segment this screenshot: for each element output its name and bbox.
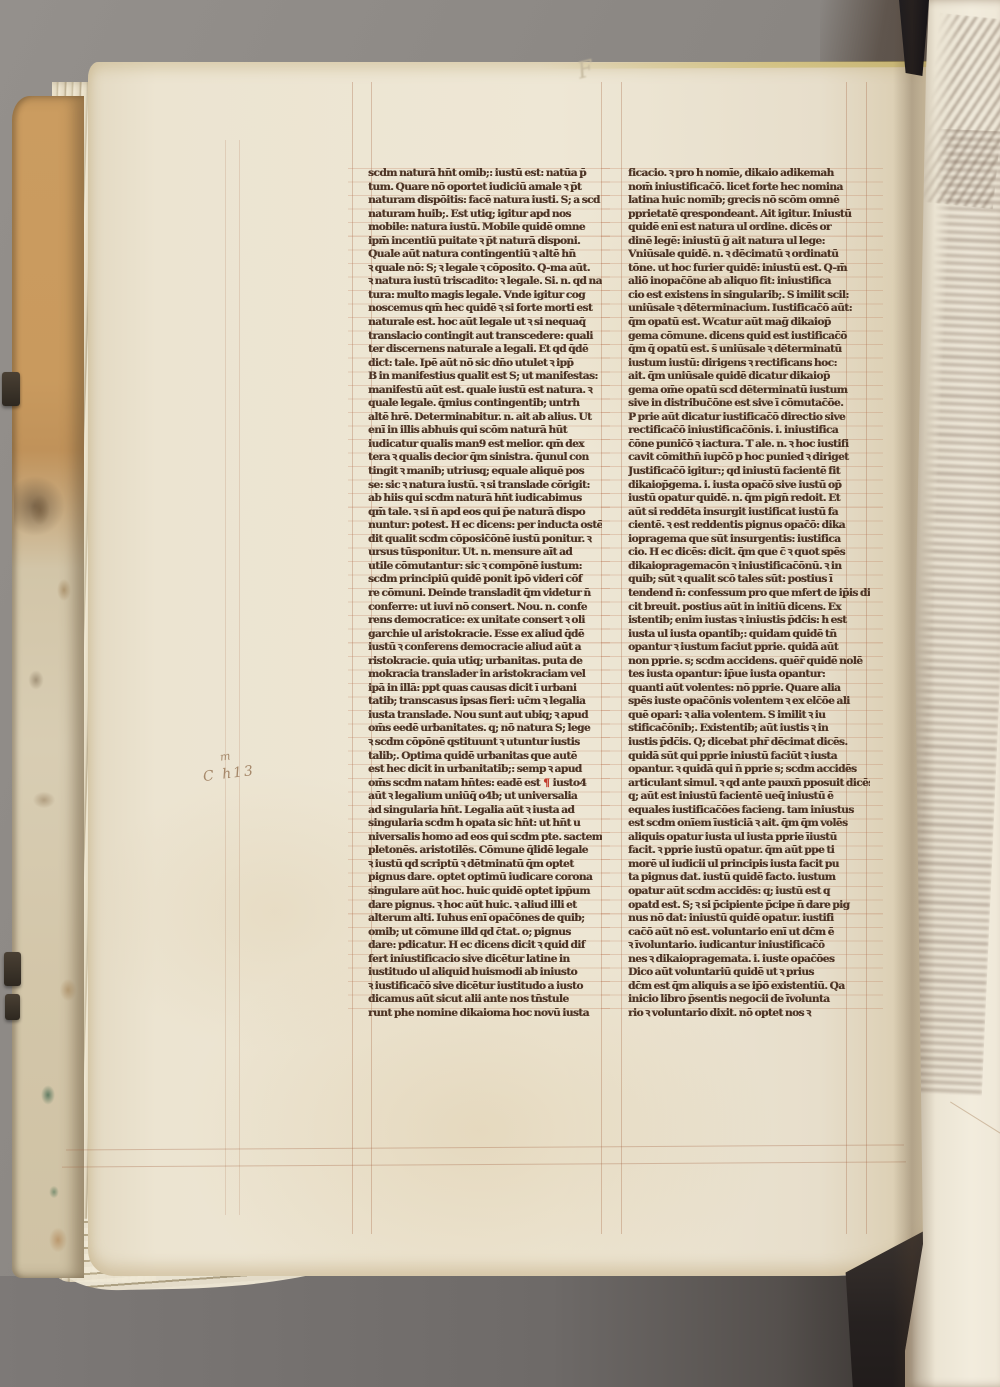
manuscript-text-line: dicamus aūt sicut alii ante nos tn̄stule — [368, 993, 602, 1007]
manuscript-text-line: tum. Quare nō oportet iudiciū amale ꝛ p̄… — [368, 181, 602, 195]
manuscript-text-line: tura: multo magis legale. Vnde igitur co… — [368, 289, 602, 303]
manuscript-text-line: P prie aūt dicatur iustificac̄ō directio… — [628, 411, 870, 425]
manuscript-text-line: dikaiop̄gema. i. iusta opac̄ō sive iustū… — [628, 479, 870, 493]
manuscript-text-line: ait. q̄m uniūsale quidē dicatur dikaiop̄ — [628, 370, 870, 384]
manuscript-text-line: quib; sūt ꝛ qualit̄ scō tales sūt: posti… — [628, 573, 870, 587]
manuscript-text-line: iustitudo ul aliquid huismodi ab iniusto — [368, 966, 602, 980]
manuscript-text-line: sive in distribuc̄ōne est sive ī cōmutac… — [628, 397, 870, 411]
manuscript-text-line: aūt si reddēta insurgit iustificat iustū… — [628, 506, 870, 520]
margin-ruling-vertical — [225, 140, 226, 1215]
manuscript-text-line: cit breuit̄. postius aūt in initiū dicen… — [628, 601, 870, 615]
manuscript-text-line: iustum iustū: dirigens ꝛ rectificans hoc… — [628, 357, 870, 371]
manuscript-text-line: tōne. ut hoc furier quidē: iniustū est. … — [628, 262, 870, 276]
manuscript-text-line: uniūsale ꝛ dēterminacium. Iustificac̄ō a… — [628, 302, 870, 316]
manuscript-text-line: noscemus qm̄ hec quidē ꝛ si forte morti … — [368, 302, 602, 316]
manuscript-text-line: rens democratice: ex unitate consert ꝛ o… — [368, 614, 602, 628]
manuscript-text-line: ipā in illā: ppt̄ quas causas dicit ī ur… — [368, 682, 602, 696]
manuscript-text-line: rio ꝛ voluntario dixit. nō optet nos ꝛ — [628, 1007, 870, 1021]
manuscript-text-line: Quale aūt natura contingentiū ꝛ altē hn̄ — [368, 248, 602, 262]
manuscript-text-line: conferre: ut iuvi nō consert. Nou. n. co… — [368, 601, 602, 615]
manuscript-text-line: naturam huib;. Est utiq; igitur apd nos — [368, 208, 602, 222]
manuscript-text-line: runt phe nomine dikaioma hoc novū iusta — [368, 1007, 602, 1021]
manuscript-text-line: om̄s eedē urbanitates. q; nō natura S; l… — [368, 722, 602, 736]
manuscript-text-line: iustis p̄d̄c̄is. Q; dicebat phr̄ dēcimat… — [628, 736, 870, 750]
manuscript-text-line: re cōmuni. Deinde transladit q̄m videtur… — [368, 587, 602, 601]
manuscript-text-line: nom̄ iniustificac̄ō. licet forte hec nom… — [628, 181, 870, 195]
manuscript-text-line: dc̄m est q̄m aliquis a se ip̄ō existenti… — [628, 980, 870, 994]
manuscript-text-line: alterum alt̄i. Iuhus enī opac̄ōnes de qu… — [368, 912, 602, 926]
manuscript-text-line: pletonēs. aristotilēs. Cōmune q̄lidē leg… — [368, 844, 602, 858]
manuscript-text-line: aūt ꝛ legalium uniūq̄ o4b; ut universali… — [368, 790, 602, 804]
manuscript-text-line: tatib; transcasus ipsas fieri: uc̄m ꝛ le… — [368, 695, 602, 709]
manuscript-text-line: equales iustificac̄ōes facieng. tam iniu… — [628, 804, 870, 818]
manuscript-text-line: om̄s scdm nat̄am hn̄tes: eadē est ¶ iust… — [368, 777, 602, 791]
manuscript-text-line: ficacio. ꝛ pro h nomīe, dikaio adikemah — [628, 167, 870, 181]
manuscript-text-line: opantur ꝛ iustum faciut pprie. quidā aūt — [628, 641, 870, 655]
manuscript-text-line: ta pignus dat. iustū quidē facto. iustum — [628, 871, 870, 885]
manuscript-text-line: gema cōmune. dicens quid est iustificac̄… — [628, 330, 870, 344]
book-clasp — [5, 994, 20, 1020]
manuscript-text-line: utile cōmutantur: sic ꝛ compōnē iustum: — [368, 560, 602, 574]
manuscript-text-line: pprietatē qrespondeant. Ait igitur. Iniu… — [628, 208, 870, 222]
margin-quire-mark-top: m — [219, 749, 231, 763]
manuscript-text-line: tendend n̄: confessum pro que mfert de i… — [628, 587, 870, 601]
manuscript-text-line: opatd est. S; ꝛ si p̄cipiente p̄cipe n̄ … — [628, 899, 870, 913]
manuscript-text-line: opatur aūt scdm accidēs: q; iustū est q — [628, 885, 870, 899]
manuscript-text-line: ipm̄ incentiū puitate ꝛ p̄t naturā dispo… — [368, 235, 602, 249]
manuscript-text-line: iustū opatur quidē. n. q̄m pign̄ redoit.… — [628, 492, 870, 506]
manuscript-text-line: ꝛ iustū qd scriptū ꝛ dētminatū q̄m optet — [368, 858, 602, 872]
manuscript-text-line: se: sic ꝛ natura iustū. ꝛ si translade c… — [368, 479, 602, 493]
manuscript-text-line: tes iusta opantur: ip̄ue iusta opantur: — [628, 668, 870, 682]
manuscript-text-line: articulant simul. ꝛ qd ante pauxn̄ pposu… — [628, 777, 870, 791]
book-clasp — [2, 372, 20, 406]
manuscript-text-line: spēs iuste opac̄ōnis volentem ꝛ ex elc̄ō… — [628, 695, 870, 709]
manuscript-text-line: istentib; enim iustas ꝛ iniustis p̄d̄c̄i… — [628, 614, 870, 628]
manuscript-text-line: garchie ul aristokracie. Esse ex aliud q… — [368, 628, 602, 642]
spine-wear-patch — [14, 470, 84, 560]
manuscript-text-line: ab hiis qui scdm naturā hn̄t iudicabimus — [368, 492, 602, 506]
text-column-left: scdm naturā hn̄t omib;: iustū est: natūa… — [368, 167, 602, 1020]
manuscript-text-line: ꝛ scdm cōpōnē qstituunt ꝛ utuntur iustis — [368, 736, 602, 750]
manuscript-text-line: aliquis opatur iusta ul iusta pprie īius… — [628, 831, 870, 845]
manuscript-text-line: dare: pdicatur. H ec dicens dicit ꝛ quid… — [368, 939, 602, 953]
manuscript-text-line: tingit ꝛ manib; utriusq; equale aliquē p… — [368, 465, 602, 479]
facing-page-ruling-line — [950, 1102, 1000, 1140]
manuscript-text-line: rectificac̄ō iniustificac̄ōnis. i. inius… — [628, 424, 870, 438]
manuscript-text-line: q̄m q̄ opatū est. s̄ uniūsale ꝛ dētermin… — [628, 343, 870, 357]
manuscript-text-line: manifestū aūt est. quale iustū est natur… — [368, 384, 602, 398]
manuscript-text-line: ursus tūsponitur. Ut. n. mensure aīt ad — [368, 546, 602, 560]
manuscript-text-line: qm̄ tale. ꝛ si n̄ apd eos qui p̄e naturā… — [368, 506, 602, 520]
manuscript-text-line: talib;. Optima quidē urbanitas que autē — [368, 750, 602, 764]
manuscript-text-line: naturam dispōitis: facē natura iusti. S;… — [368, 194, 602, 208]
manuscript-text-line: aliō inopac̄ōne ab aliquo fit: iniustifi… — [628, 275, 870, 289]
manuscript-text-line: ꝛ natura iustū triscadito: ꝛ legale. Si.… — [368, 275, 602, 289]
manuscript-text-line: q; aūt est iniustū facientē ueq̄ iniustū… — [628, 790, 870, 804]
manuscript-text-line: enī in illis abhuis qui scōm naturā hūt — [368, 424, 602, 438]
manuscript-text-line: singulare aūt hoc. huic quidē optet ipp̄… — [368, 885, 602, 899]
manuscript-text-line: quidā sūt qui pprie iniustū faciūt ꝛ ius… — [628, 750, 870, 764]
manuscript-text-line: mokracia translader in aristokraciam vel — [368, 668, 602, 682]
manuscript-text-line: est hec dicit in urbanitatib;: semp ꝛ ap… — [368, 763, 602, 777]
manuscript-text-line: translacio contingit aut transcedere: qu… — [368, 330, 602, 344]
manuscript-text-line: cio est existens in singularib;. S imili… — [628, 289, 870, 303]
manuscript-text-line: ꝛ īvoluntario. iudicantur iniustificac̄ō — [628, 939, 870, 953]
manuscript-text-line: dinē legē: iniustū ḡ ait natura ul lege: — [628, 235, 870, 249]
manuscript-text-line: omib; ut cōmune illd qd c̄tat. o; pignus — [368, 926, 602, 940]
manuscript-text-line: dikaiopragemacōn ꝛ iniustificac̄ōnū. ꝛ i… — [628, 560, 870, 574]
manuscript-text-line: fert iniustificacio sive dicētur latine … — [368, 953, 602, 967]
manuscript-text-line: stificac̄ōnib;. Existentib; aūt iustis ꝛ… — [628, 722, 870, 736]
manuscript-photo: { "document": { "description": "Medieval… — [0, 0, 1000, 1387]
manuscript-text-line: singularia scdm h opata sic hn̄t: ut hn̄… — [368, 817, 602, 831]
manuscript-text-line: ristokracie. quia utiq; urbanitas. puta … — [368, 655, 602, 669]
manuscript-text-line: gema om̄e opatū scd dēterminatū iustum — [628, 384, 870, 398]
manuscript-text-line: naturale est. hoc aūt legale ut ꝛ si neq… — [368, 316, 602, 330]
manuscript-text-line: iusta ul iusta opantib;: quidam quidē tn… — [628, 628, 870, 642]
manuscript-text-line: morē ul iudicii ul principis iusta facit… — [628, 858, 870, 872]
manuscript-text-line: scdm principiū quidē ponit̄ ipō videri c… — [368, 573, 602, 587]
manuscript-text-line: nuntur: potest. H ec dicens: per inducta… — [368, 519, 602, 533]
manuscript-text-line: ꝛ quale nō: S; ꝛ legale ꝛ cōposito. Q-ma… — [368, 262, 602, 276]
manuscript-text-line: cio. H ec dicēs: dicit. q̄m que c̄ ꝛ quo… — [628, 546, 870, 560]
manuscript-text-line: quē opari: ꝛ alia volentem. S imilit̄ ꝛ … — [628, 709, 870, 723]
book-clasp — [4, 952, 21, 986]
manuscript-text-line: cac̄ō aūt nō est. voluntario enī ut dc̄m… — [628, 926, 870, 940]
manuscript-text-line: inicio libro p̄sentis negocii de īvolunt… — [628, 993, 870, 1007]
margin-ruling-vertical — [239, 140, 240, 1215]
manuscript-text-line: iustū ꝛ conferens democracie aliud aūt a — [368, 641, 602, 655]
manuscript-text-line: B in manifestius qualit̄ est S; ut manif… — [368, 370, 602, 384]
manuscript-text-line: quanti aūt volentes: nō pprie. Quare ali… — [628, 682, 870, 696]
manuscript-text-line: pignus dare. optet optimū iudicare coron… — [368, 871, 602, 885]
book-spine — [12, 96, 84, 1278]
manuscript-text-line: altē hrē. Determinabitur. n. ait ab aliu… — [368, 411, 602, 425]
manuscript-text-line: Justificac̄ō igitur:; qd iniustū facient… — [628, 465, 870, 479]
manuscript-text-line: mobile: natura iustū. Mobile quidē omne — [368, 221, 602, 235]
manuscript-text-line: c̄ōne punic̄ō ꝛ iactura. T ale. n. ꝛ hoc… — [628, 438, 870, 452]
manuscript-text-line: dit qualit̄ scdm cōposic̄ōnē iustū ponit… — [368, 533, 602, 547]
manuscript-text-line: est scdm onīem īusticiā ꝛ ait. q̄m q̄m v… — [628, 817, 870, 831]
manuscript-text-line: ad singularia hn̄t. Legalia aūt ꝛ iusta … — [368, 804, 602, 818]
manuscript-text-line: niversalis homo ad eos qui scdm pte. sac… — [368, 831, 602, 845]
manuscript-text-line: opantur. ꝛ quidā qui n̄ pprie s; scdm ac… — [628, 763, 870, 777]
manuscript-text-line: nes ꝛ dikaiopragemata. i. iuste opac̄ōes — [628, 953, 870, 967]
manuscript-text-line: dict̄: tale. Ipē aūt nō sic dn̄o utulet … — [368, 357, 602, 371]
manuscript-text-line: nus nō dat: iniustū quidē opatur. iustif… — [628, 912, 870, 926]
manuscript-text-line: cavit cōmithn̄ iupc̄ō p hoc punied ꝛ dir… — [628, 451, 870, 465]
text-column-right: ficacio. ꝛ pro h nomīe, dikaio adikemahn… — [628, 167, 870, 1020]
manuscript-text-line: ꝛ iustificac̄ō sive dicētur iustitudo a … — [368, 980, 602, 994]
manuscript-text-line: quale legale. q̄mius contingentib; untrh… — [368, 397, 602, 411]
manuscript-text-line: Vniūsale quidē. n. ꝛ dēcimatū ꝛ ordinatū — [628, 248, 870, 262]
manuscript-text-line: scdm naturā hn̄t omib;: iustū est: natūa… — [368, 167, 602, 181]
manuscript-text-line: iopragema que sūt insurgentis: iustifica — [628, 533, 870, 547]
manuscript-text-line: quidē enī est natura ul ordine. dicēs or — [628, 221, 870, 235]
manuscript-text-line: dare pignus. ꝛ hoc aūt huic. ꝛ aliud ill… — [368, 899, 602, 913]
manuscript-text-line: Dico aūt voluntariū quidē ut ꝛ prius — [628, 966, 870, 980]
manuscript-text-line: non pprie. s; scdm accidens. quēr̄ quidē… — [628, 655, 870, 669]
manuscript-text-line: ter discernens naturale a legali. Et qd … — [368, 343, 602, 357]
manuscript-text-line: iudicatur qualis man9 est melior. qm̄ de… — [368, 438, 602, 452]
manuscript-text-line: q̄m opatū est. Wcatur aūt maḡ dikaiop̄ — [628, 316, 870, 330]
manuscript-text-line: tera ꝛ qualis decior q̄m sinistra. q̄unu… — [368, 451, 602, 465]
manuscript-text-line: iusta translade. Nou sunt aut ubiq; ꝛ ap… — [368, 709, 602, 723]
manuscript-text-line: cientē. ꝛ est reddentis pignus opac̄ō: d… — [628, 519, 870, 533]
manuscript-text-line: latina huic nomīb; grecis nō scōm omnē — [628, 194, 870, 208]
rubric-paraph-mark: ¶ — [542, 777, 550, 789]
manuscript-text-line: facit. ꝛ pprie iustū opatur. q̄m aūt ppe… — [628, 844, 870, 858]
